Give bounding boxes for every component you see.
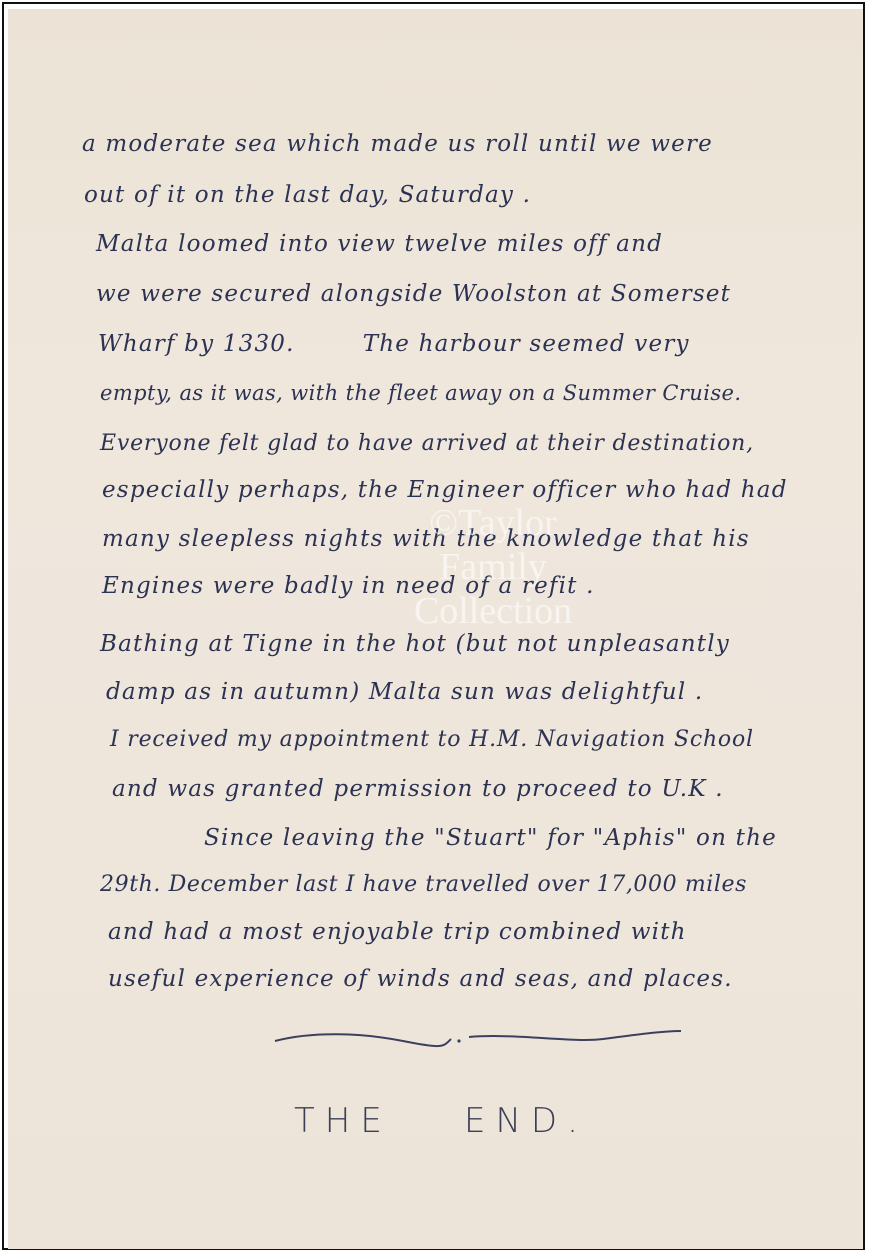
text-line-3: Malta loomed into view twelve miles off … bbox=[96, 231, 663, 257]
text-line-13: I received my appointment to H.M. Naviga… bbox=[110, 727, 754, 752]
copyright-watermark: ©Taylor Family Collection bbox=[363, 501, 623, 633]
watermark-line-2: Family bbox=[363, 545, 623, 589]
journal-page: a moderate sea which made us roll until … bbox=[8, 9, 863, 1249]
text-line-5: Wharf by 1330. The harbour seemed very bbox=[98, 331, 690, 357]
watermark-line-1: ©Taylor bbox=[363, 501, 623, 545]
text-line-7: Everyone felt glad to have arrived at th… bbox=[100, 431, 754, 456]
text-line-6: empty, as it was, with the fleet away on… bbox=[100, 381, 741, 405]
text-line-18: useful experience of winds and seas, and… bbox=[108, 966, 733, 992]
text-line-8: especially perhaps, the Engineer officer… bbox=[102, 477, 788, 503]
closing-the: THE bbox=[294, 1101, 392, 1141]
text-line-17: and had a most enjoyable trip combined w… bbox=[108, 919, 687, 945]
text-line-2: out of it on the last day, Saturday . bbox=[84, 182, 531, 208]
wavy-divider bbox=[273, 1027, 683, 1051]
text-line-1: a moderate sea which made us roll until … bbox=[82, 131, 713, 157]
text-line-14: and was granted permission to proceed to… bbox=[112, 776, 724, 802]
text-line-16: 29th. December last I have travelled ove… bbox=[100, 872, 747, 897]
closing-end: END. bbox=[464, 1101, 588, 1141]
text-line-15: Since leaving the "Stuart" for "Aphis" o… bbox=[204, 825, 777, 851]
text-line-11: Bathing at Tigne in the hot (but not unp… bbox=[100, 631, 730, 657]
text-line-12: damp as in autumn) Malta sun was delight… bbox=[106, 679, 703, 705]
text-line-4: we were secured alongside Woolston at So… bbox=[96, 281, 731, 307]
watermark-line-3: Collection bbox=[363, 589, 623, 633]
